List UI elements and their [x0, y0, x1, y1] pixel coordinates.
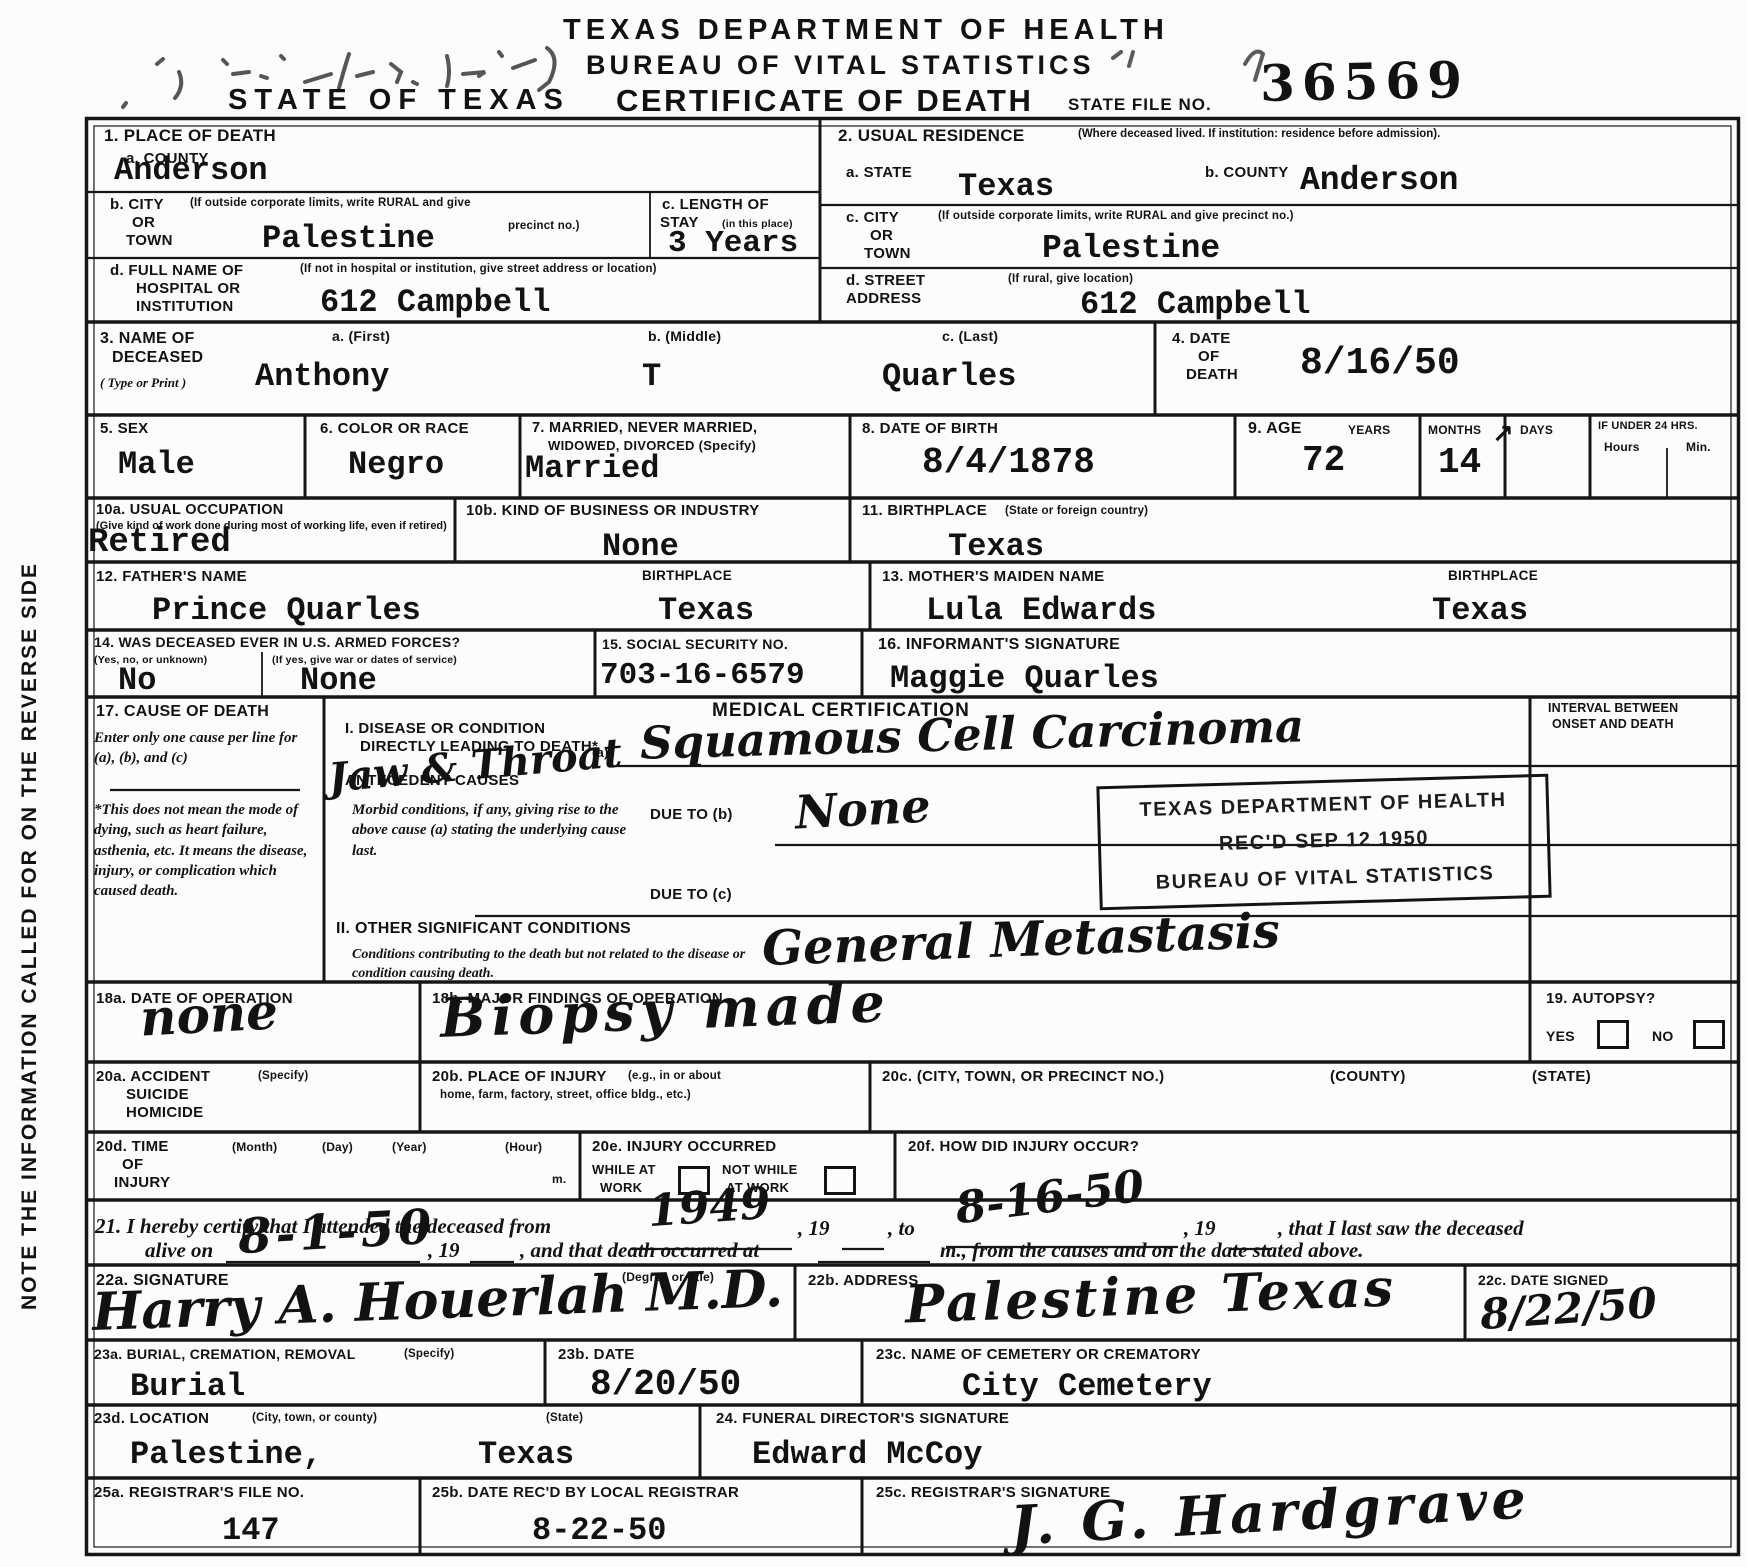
injury-county-label: (COUNTY) [1330, 1068, 1406, 1085]
disease-label: I. DISEASE OR CONDITION [345, 720, 545, 737]
birthplace-note: (State or foreign country) [1005, 505, 1148, 517]
address-label: 22b. ADDRESS [808, 1272, 919, 1289]
injury-day-label: (Day) [322, 1140, 353, 1154]
mother-label: 13. MOTHER'S MAIDEN NAME [882, 568, 1104, 585]
hospital-value: 612 Campbell [320, 284, 550, 321]
city-note-2: precinct no.) [508, 220, 580, 232]
stay-value: 3 Years [668, 226, 798, 261]
burial-location-label: 23d. LOCATION [94, 1410, 209, 1427]
city-value: Palestine [262, 220, 435, 257]
informant-value: Maggie Quarles [890, 660, 1159, 697]
age-months-label: MONTHS [1428, 423, 1481, 437]
burial-label: 23a. BURIAL, CREMATION, REMOVAL [94, 1346, 356, 1362]
while-at-work-label-2: WORK [600, 1180, 642, 1195]
occupation-value: Retired [88, 524, 231, 562]
place-of-death-title: 1. PLACE OF DEATH [104, 126, 276, 146]
injury-occurred-label: 20e. INJURY OCCURRED [592, 1138, 776, 1155]
armed-forces-value: No [118, 662, 156, 699]
cemetery-label: 23c. NAME OF CEMETERY OR CREMATORY [876, 1346, 1201, 1363]
autopsy-yes-checkbox[interactable] [1597, 1020, 1629, 1049]
residence-state-value: Texas [958, 168, 1054, 205]
autopsy-yes-label: YES [1546, 1028, 1575, 1044]
certify-text-2: , 19 [798, 1216, 830, 1241]
death-date-label-2: OF [1198, 348, 1219, 365]
deceased-title-note: ( Type or Print ) [100, 374, 186, 392]
father-birthplace-label: BIRTHPLACE [642, 568, 732, 583]
sex-value: Male [118, 446, 195, 483]
burial-location-note: (City, town, or county) [252, 1412, 377, 1424]
first-name-label: a. (First) [332, 328, 390, 344]
residence-city-value: Palestine [1042, 230, 1220, 267]
autopsy-no-checkbox[interactable] [1693, 1020, 1725, 1049]
ssn-label: 15. SOCIAL SECURITY NO. [602, 636, 788, 652]
cause-note-1: Enter only one cause per line for (a), (… [94, 728, 312, 769]
time-of-injury-label: 20d. TIME [96, 1138, 169, 1155]
last-name-value: Quarles [882, 358, 1016, 395]
age-months-value: 14 [1438, 442, 1481, 483]
homicide-label: HOMICIDE [126, 1104, 203, 1121]
father-label: 12. FATHER'S NAME [96, 568, 247, 585]
middle-name-value: T [642, 358, 661, 395]
death-date-label: 4. DATE [1172, 330, 1231, 347]
industry-label: 10b. KIND OF BUSINESS OR INDUSTRY [466, 502, 760, 519]
accident-note: (Specify) [258, 1070, 308, 1082]
age-pen-mark: ↗ [1492, 420, 1514, 450]
certify-alive-value: 8-1-50 [237, 1199, 437, 1265]
burial-date-label: 23b. DATE [558, 1346, 635, 1363]
deceased-title-2: DECEASED [112, 349, 203, 367]
city-label-or: OR [132, 214, 155, 231]
residence-county-value: Anderson [1300, 162, 1458, 199]
hours-label: Hours [1604, 440, 1640, 454]
morbid-note: Morbid conditions, if any, giving rise t… [352, 800, 652, 861]
birthplace-value: Texas [948, 528, 1044, 565]
other-conditions-label: II. OTHER SIGNIFICANT CONDITIONS [336, 920, 631, 938]
city-note: (If outside corporate limits, write RURA… [190, 197, 471, 209]
industry-value: None [602, 528, 679, 565]
race-label: 6. COLOR OR RACE [320, 420, 469, 437]
due-to-c-label: DUE TO (c) [650, 886, 732, 903]
hospital-label-2: HOSPITAL OR [136, 280, 240, 297]
occupation-label: 10a. USUAL OCCUPATION [96, 502, 284, 518]
injury-location-label: 20c. (CITY, TOWN, OR PRECINCT NO.) [882, 1068, 1164, 1085]
street-label-2: ADDRESS [846, 290, 921, 307]
not-while-at-work-label: NOT WHILE [722, 1162, 798, 1177]
how-injury-label: 20f. HOW DID INJURY OCCUR? [908, 1138, 1139, 1155]
birth-date-value: 8/4/1878 [922, 442, 1095, 483]
marital-value: Married [525, 450, 659, 487]
mother-value: Lula Edwards [926, 592, 1156, 629]
interval-label-2: ONSET AND DEATH [1552, 717, 1674, 731]
burial-state-value: Texas [478, 1436, 574, 1473]
burial-state-note: (State) [546, 1412, 583, 1424]
stamp-line-3: BUREAU OF VITAL STATISTICS [1155, 862, 1494, 894]
time-of-injury-label-2: OF [122, 1156, 143, 1173]
residence-title-note: (Where deceased lived. If institution: r… [1078, 128, 1708, 140]
cemetery-value: City Cemetery [962, 1368, 1212, 1405]
stamp-line-2: REC'D SEP 12 1950 [1219, 828, 1430, 857]
injury-hour-label: (Hour) [505, 1140, 542, 1154]
residence-city-label: c. CITY [846, 209, 899, 226]
autopsy-label: 19. AUTOPSY? [1546, 990, 1655, 1007]
injury-m-label: m. [552, 1172, 566, 1186]
certify-text-9: m., from the causes and on the date stat… [940, 1238, 1364, 1263]
stay-label: c. LENGTH OF [662, 196, 769, 213]
operation-date-value: none [139, 981, 280, 1047]
father-value: Prince Quarles [152, 592, 421, 629]
certify-text-7: , 19 [428, 1238, 460, 1263]
mother-birthplace-label: BIRTHPLACE [1448, 568, 1538, 583]
injury-year-label: (Year) [392, 1140, 427, 1154]
due-to-b-label: DUE TO (b) [650, 806, 733, 823]
deceased-title: 3. NAME OF [100, 330, 195, 348]
min-label: Min. [1686, 440, 1711, 454]
sex-label: 5. SEX [100, 420, 149, 437]
burial-date-value: 8/20/50 [590, 1364, 741, 1405]
injury-state-label: (STATE) [1532, 1068, 1591, 1085]
age-days-label: DAYS [1520, 423, 1553, 437]
armed-forces-service-value: None [300, 662, 377, 699]
residence-state-label: a. STATE [846, 164, 912, 181]
under-24-label: IF UNDER 24 HRS. [1598, 420, 1698, 432]
street-note: (If rural, give location) [1008, 273, 1133, 285]
registrar-file-value: 147 [222, 1512, 280, 1549]
city-label-town: TOWN [126, 232, 173, 249]
age-years-value: 72 [1302, 440, 1345, 481]
burial-value: Burial [130, 1368, 245, 1405]
certify-from-value: 1949 [646, 1178, 772, 1237]
hospital-note: (If not in hospital or institution, give… [300, 263, 657, 275]
street-label: d. STREET [846, 272, 925, 289]
while-at-work-label: WHILE AT [592, 1162, 656, 1177]
hospital-label: d. FULL NAME OF [110, 262, 243, 279]
place-of-injury-note: (e.g., in or about [628, 1070, 721, 1082]
residence-county-label: b. COUNTY [1205, 164, 1289, 181]
not-while-at-work-checkbox[interactable] [824, 1166, 856, 1195]
armed-forces-label: 14. WAS DECEASED EVER IN U.S. ARMED FORC… [94, 634, 460, 650]
cause-label: 17. CAUSE OF DEATH [96, 703, 269, 721]
street-value: 612 Campbell [1080, 286, 1310, 323]
first-name-value: Anthony [255, 358, 389, 395]
registrar-date-value: 8-22-50 [532, 1512, 666, 1549]
funeral-director-label: 24. FUNERAL DIRECTOR'S SIGNATURE [716, 1410, 1009, 1427]
burial-note: (Specify) [404, 1348, 454, 1360]
residence-city-note: (If outside corporate limits, write RURA… [938, 210, 1294, 222]
marital-label: 7. MARRIED, NEVER MARRIED, [532, 420, 757, 436]
middle-name-label: b. (Middle) [648, 328, 721, 344]
funeral-director-value: Edward McCoy [752, 1436, 982, 1473]
interval-label: INTERVAL BETWEEN [1548, 701, 1678, 715]
certify-text-6: alive on [145, 1238, 213, 1263]
cause-note-2: *This does not mean the mode of dying, s… [94, 800, 319, 901]
place-of-injury-label: 20b. PLACE OF INJURY [432, 1068, 607, 1085]
birthplace-label: 11. BIRTHPLACE [862, 502, 987, 519]
birth-date-label: 8. DATE OF BIRTH [862, 420, 998, 437]
race-value: Negro [348, 446, 444, 483]
residence-title: 2. USUAL RESIDENCE [838, 126, 1024, 146]
death-date-value: 8/16/50 [1300, 342, 1460, 385]
hospital-label-3: INSTITUTION [136, 298, 233, 315]
informant-label: 16. INFORMANT'S SIGNATURE [878, 636, 1120, 654]
death-certificate-scan: TEXAS DEPARTMENT OF HEALTH BUREAU OF VIT… [0, 0, 1747, 1567]
ssn-value: 703-16-6579 [600, 658, 805, 693]
injury-month-label: (Month) [232, 1140, 277, 1154]
death-date-label-3: DEATH [1186, 366, 1238, 383]
suicide-label: SUICIDE [126, 1086, 189, 1103]
last-name-label: c. (Last) [942, 328, 998, 344]
certify-text-3: , to [888, 1216, 915, 1241]
residence-city-label-or: OR [870, 227, 893, 244]
city-label: b. CITY [110, 196, 164, 213]
antecedent-label: ANTECEDENT CAUSES [345, 772, 519, 789]
stamp-line-1: TEXAS DEPARTMENT OF HEALTH [1139, 789, 1507, 822]
age-label: 9. AGE [1248, 420, 1302, 438]
time-of-injury-label-3: INJURY [114, 1174, 170, 1191]
accident-label: 20a. ACCIDENT [96, 1068, 210, 1085]
residence-city-label-town: TOWN [864, 245, 911, 262]
cause-b-value: None [794, 778, 932, 839]
mother-birthplace-value: Texas [1432, 592, 1528, 629]
autopsy-no-label: NO [1652, 1028, 1674, 1044]
place-of-injury-note-2: home, farm, factory, street, office bldg… [440, 1089, 691, 1101]
father-birthplace-value: Texas [658, 592, 754, 629]
county-value: Anderson [114, 152, 268, 189]
registrar-date-label: 25b. DATE REC'D BY LOCAL REGISTRAR [432, 1484, 739, 1501]
burial-location-value: Palestine, [130, 1436, 322, 1473]
received-stamp: TEXAS DEPARTMENT OF HEALTH REC'D SEP 12 … [1096, 774, 1551, 911]
registrar-file-label: 25a. REGISTRAR'S FILE NO. [94, 1484, 304, 1501]
age-years-label: YEARS [1348, 423, 1390, 437]
